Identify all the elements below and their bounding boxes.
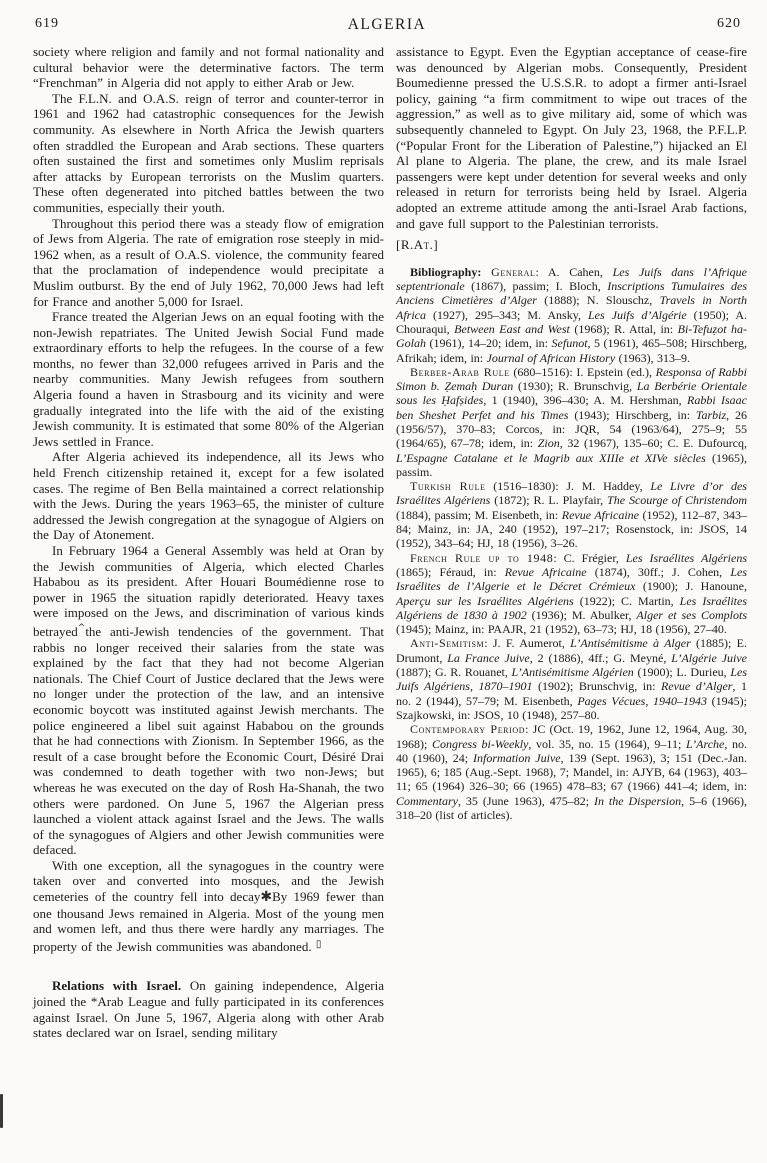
paragraph: After Algeria achieved its independence,… (33, 449, 384, 543)
bibliography-paragraph-anti-semitism: Anti-Semitism: J. F. Aumerot, L’Antisémi… (396, 636, 747, 722)
page-header: 619 ALGERIA 620 (33, 16, 741, 36)
bibliography-paragraph-berber-arab-rule: Berber-Arab Rule (680–1516): I. Epstein … (396, 365, 747, 479)
left-column: society where religion and family and no… (33, 44, 384, 1041)
article-title: ALGERIA (33, 16, 741, 34)
paragraph: Throughout this period there was a stead… (33, 216, 384, 310)
bibliography: Bibliography: General: A. Cahen, Les Jui… (396, 265, 747, 823)
paragraph: The F.L.N. and O.A.S. reign of terror an… (33, 91, 384, 216)
bibliography-paragraph-contemporary-period: Contemporary Period: JC (Oct. 19, 1962, … (396, 722, 747, 822)
paragraph-relations-with-israel: Relations with Israel. On gaining indepe… (33, 978, 384, 1040)
paragraph: France treated the Algerian Jews on an e… (33, 309, 384, 449)
paragraph: With one exception, all the synagogues i… (33, 858, 384, 955)
paragraph: society where religion and family and no… (33, 44, 384, 91)
paragraph: In February 1964 a General Assembly was … (33, 543, 384, 858)
bibliography-paragraph-french-rule: French Rule up to 1948: C. Frégier, Les … (396, 551, 747, 637)
bibliography-paragraph-general: Bibliography: General: A. Cahen, Les Jui… (396, 265, 747, 365)
margin-pen-mark (0, 1094, 3, 1128)
right-column: assistance to Egypt. Even the Egyptian a… (396, 44, 747, 1041)
page-number-right: 620 (717, 16, 741, 32)
author-signature: [R.At.] (396, 237, 745, 253)
encyclopedia-page: 619 ALGERIA 620 society where religion a… (0, 0, 767, 1163)
text-columns: society where religion and family and no… (33, 44, 747, 1041)
bibliography-paragraph-turkish-rule: Turkish Rule (1516–1830): J. M. Haddey, … (396, 479, 747, 550)
paragraph: assistance to Egypt. Even the Egyptian a… (396, 44, 747, 231)
